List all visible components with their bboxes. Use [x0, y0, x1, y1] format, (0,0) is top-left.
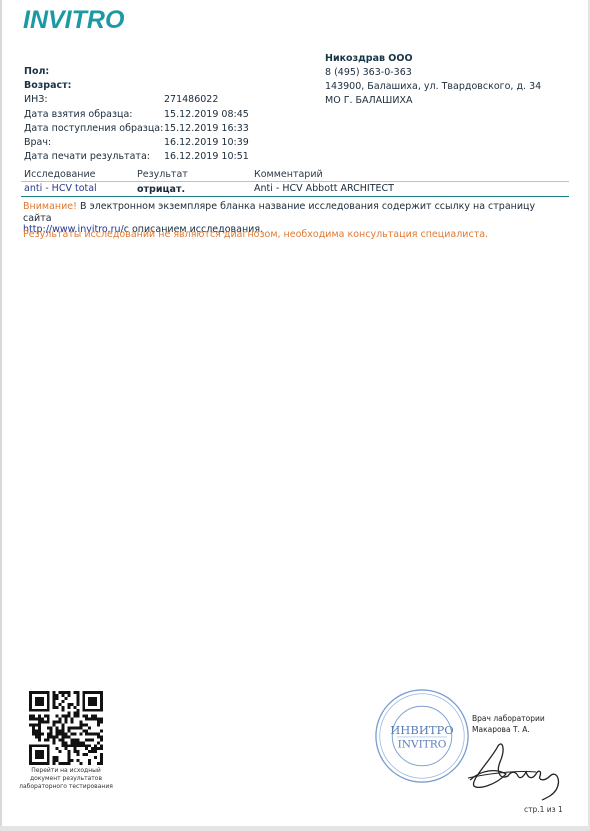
column-header-comment: Комментарий: [254, 168, 569, 181]
results-table: Исследование Результат Комментарий anti …: [21, 168, 569, 197]
field-value: 15.12.2019 16:33: [164, 122, 249, 136]
lab-region: МО Г. БАЛАШИХА: [325, 94, 541, 108]
stamp-text-cyrillic: ИНВИТРО: [390, 723, 453, 737]
field-label: Дата взятия образца:: [24, 108, 164, 122]
lab-name: Никоздрав ООО: [325, 52, 541, 66]
lab-phone: 8 (495) 363-0-363: [325, 66, 541, 80]
stamp-text-latin: INVITRO: [398, 739, 447, 751]
info-row: Дата поступления образца:15.12.2019 16:3…: [24, 122, 249, 136]
doctor-signature: [466, 740, 566, 802]
test-name-link[interactable]: anti - HCV total: [24, 182, 137, 196]
table-row: anti - HCV total отрицат. Anti - HCV Abb…: [21, 182, 569, 197]
qr-caption: Перейти на исходный документ результатов…: [16, 767, 116, 791]
field-value: 16.12.2019 10:39: [164, 136, 249, 150]
field-label: Дата печати результата:: [24, 150, 164, 164]
info-row: Дата печати результата:16.12.2019 10:51: [24, 150, 249, 164]
doctor-title: Врач лаборатории: [472, 713, 545, 724]
note-text: В электронном экземпляре бланка название…: [23, 201, 535, 224]
table-header: Исследование Результат Комментарий: [21, 168, 569, 182]
info-row: Дата взятия образца:15.12.2019 08:45: [24, 108, 249, 122]
column-header-test: Исследование: [24, 168, 137, 181]
field-label: Врач:: [24, 136, 164, 150]
field-value: 16.12.2019 10:51: [164, 150, 249, 164]
test-comment: Anti - HCV Abbott ARCHITECT: [254, 182, 569, 196]
lab-address: 143900, Балашиха, ул. Твардовского, д. 3…: [325, 80, 541, 94]
lab-info: Никоздрав ООО 8 (495) 363-0-363 143900, …: [325, 52, 541, 108]
doctor-name: Макарова Т. А.: [472, 724, 545, 735]
qr-code[interactable]: [28, 691, 104, 765]
doctor-block: Врач лаборатории Макарова Т. А.: [472, 713, 545, 735]
invitro-logo: INVITRO: [23, 6, 124, 35]
warning-word: Внимание!: [23, 201, 77, 212]
test-result: отрицат.: [137, 182, 254, 196]
age-label: Возраст:: [24, 79, 164, 93]
field-label: ИНЗ:: [24, 93, 164, 107]
lab-stamp: ИНВИТРО INVITRO: [374, 688, 470, 784]
info-row: Врач:16.12.2019 10:39: [24, 136, 249, 150]
field-label: Дата поступления образца:: [24, 122, 164, 136]
disclaimer: Результаты исследований не являются диаг…: [23, 229, 488, 240]
document-page: INVITRO Никоздрав ООО 8 (495) 363-0-363 …: [0, 0, 588, 826]
sex-label: Пол:: [24, 65, 164, 79]
page-number: стр.1 из 1: [524, 805, 563, 814]
patient-info: Пол: Возраст: ИНЗ:271486022 Дата взятия …: [24, 65, 249, 164]
info-row: ИНЗ:271486022: [24, 93, 249, 107]
field-value: 271486022: [164, 93, 218, 107]
column-header-result: Результат: [137, 168, 254, 181]
field-value: 15.12.2019 08:45: [164, 108, 249, 122]
